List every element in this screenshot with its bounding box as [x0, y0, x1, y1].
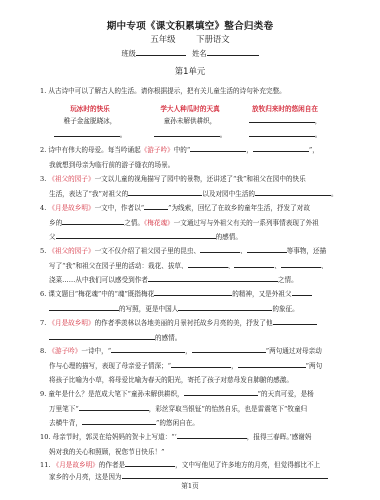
- name-field[interactable]: [207, 48, 259, 56]
- lesson-title: 《游子吟》: [141, 146, 174, 154]
- answer-blank[interactable]: [273, 317, 317, 325]
- subtitle: 五年级 下册语文: [0, 33, 380, 45]
- question-10: 10. 母亲节时，郭灵在给妈妈的贺卡上写道：“‘，报得三春晖。’感谢妈 妈对我的…: [40, 430, 340, 459]
- class-label: 班级: [121, 49, 135, 58]
- answer-blank[interactable]: [178, 303, 272, 311]
- answer-blank[interactable]: [249, 115, 315, 123]
- poem-column-1: 玩冰时的快乐 稚子金盆脱晓冰， 。: [40, 103, 140, 143]
- answer-blank[interactable]: [234, 260, 274, 268]
- answer-blank[interactable]: [128, 188, 202, 196]
- grade-label: 五年级: [150, 34, 175, 44]
- student-info: 班级 姓名: [0, 48, 380, 59]
- answer-blank[interactable]: [247, 245, 287, 253]
- lesson-title: 《梅花魂》: [144, 219, 174, 227]
- answer-blank[interactable]: [154, 129, 220, 137]
- answer-blank[interactable]: [255, 188, 331, 196]
- question-8: 8. 《游子吟》一诗中，“，”两句通过对母亲动 作与心理的描写，表现了母亲爱子情…: [40, 344, 340, 388]
- answer-blank[interactable]: [292, 288, 312, 296]
- answer-blank[interactable]: [54, 129, 120, 137]
- question-6: 6. 课文题目“梅花魂”中的“魂”既指梅花的精神，又是外祖父 的写照，更是中国人…: [40, 287, 340, 316]
- poem-column-head: 玩冰时的快乐: [40, 103, 140, 115]
- answer-blank[interactable]: [122, 471, 328, 479]
- answer-blank[interactable]: [49, 303, 119, 311]
- poem-column-head: 学大人种瓜时的天真: [140, 103, 240, 115]
- lesson-title: 《祖父的园子》: [48, 175, 94, 183]
- answer-blank[interactable]: [82, 417, 156, 425]
- lesson-title: 《游子吟》: [48, 347, 81, 355]
- page-number: 第1页: [0, 480, 380, 490]
- answer-blank[interactable]: [184, 388, 258, 396]
- answer-blank[interactable]: [249, 129, 315, 137]
- answer-blank[interactable]: [253, 144, 309, 152]
- answer-blank[interactable]: [49, 332, 155, 340]
- answer-blank[interactable]: [188, 260, 228, 268]
- worksheet-title: 期中专项《课文积累填空》整合归类卷: [0, 18, 380, 32]
- question-1-text: 从古诗中可以了解古人的生活。请你根据提示，把有关儿童生活的诗句补充完整。: [48, 87, 285, 95]
- answer-blank[interactable]: [62, 217, 124, 225]
- class-field[interactable]: [136, 48, 186, 56]
- question-3: 3. 《祖父的园子》一文以儿童的视角描写了园中的景物，还讲述了“我”和祖父在园中…: [40, 172, 340, 201]
- answer-blank[interactable]: [171, 360, 231, 368]
- lesson-title: 《月是故乡明》: [53, 461, 99, 469]
- question-9: 9. 童年是什么？是范成大笔下“童孙未解供耕织，”的天真可爱，是杨 万里笔下“，…: [40, 387, 340, 431]
- lesson-title: 《祖父的园子》: [48, 247, 94, 255]
- worksheet-page: 期中专项《课文积累填空》整合归类卷 五年级 下册语文 班级 姓名 第1单元 1.…: [0, 0, 380, 500]
- name-label: 姓名: [192, 49, 206, 58]
- answer-blank[interactable]: [177, 431, 247, 439]
- answer-blank[interactable]: [56, 231, 216, 239]
- lesson-title: 《月是故乡明》: [48, 204, 94, 212]
- answer-blank[interactable]: [192, 345, 266, 353]
- answer-blank[interactable]: [281, 260, 321, 268]
- answer-blank[interactable]: [200, 245, 240, 253]
- answer-blank[interactable]: [238, 360, 306, 368]
- answer-blank[interactable]: [154, 288, 232, 296]
- answer-blank[interactable]: [190, 144, 246, 152]
- answer-blank[interactable]: [125, 459, 175, 467]
- poem-column-2: 学大人种瓜时的天真 童孙未解供耕织， 。: [140, 103, 240, 143]
- answer-blank[interactable]: [144, 202, 168, 210]
- question-7: 7. 《月是故乡明》的作者季羡林以各地美丽的月景衬托故乡月亮的美，抒发了他 的感…: [40, 316, 340, 345]
- question-2: 2. 诗中有伟大的母爱。每当吟诵起《游子吟》中的“，”， 我就想到母亲为临行前的…: [40, 143, 340, 172]
- poem-column-3: 放牧归来时的悠闲自在 ， 。: [235, 103, 335, 143]
- poem-column-head: 放牧归来时的悠闲自在: [235, 103, 335, 115]
- unit-heading: 第1单元: [0, 65, 380, 77]
- volume-label: 下册语文: [196, 34, 230, 44]
- answer-blank[interactable]: [79, 403, 149, 411]
- question-1: 1. 从古诗中可以了解古人的生活。请你根据提示，把有关儿童生活的诗句补充完整。: [40, 84, 340, 99]
- answer-blank[interactable]: [111, 345, 185, 353]
- lesson-title: 《月是故乡明》: [48, 319, 94, 327]
- question-5: 5. 《祖父的园子》一文不仅介绍了祖父园子里的昆虫、、等事物，还描 写了“我”和…: [40, 244, 340, 288]
- question-4: 4. 《月是故乡明》一文中，作者以“”为线索，回忆了在故乡的童年生活，抒发了对故…: [40, 201, 340, 245]
- answer-blank[interactable]: [148, 274, 278, 282]
